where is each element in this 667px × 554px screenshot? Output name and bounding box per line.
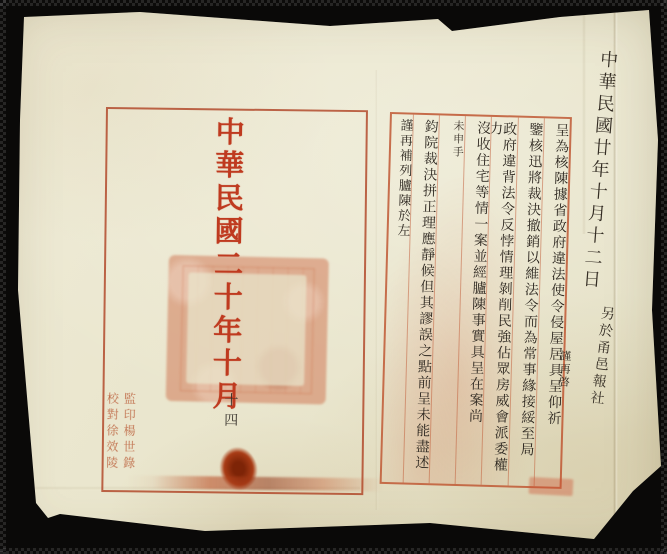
scan-border-top	[0, 0, 667, 6]
ruled-petition-block: 呈為核陳據省政府違法使令侵屋居具呈仰祈 鑒核迅將裁決撤銷以維法令而為常事緣接綏至…	[380, 112, 572, 489]
scan-border-left	[0, 0, 6, 554]
red-ink-smear	[127, 475, 383, 491]
official-seal-stamp	[166, 255, 329, 405]
handwritten-date-annotation: 中華民國廿年十月十二日	[578, 49, 617, 312]
handwritten-day-note: 十四	[220, 392, 240, 432]
small-red-stamp	[529, 477, 574, 496]
seal-inner-field	[186, 272, 306, 386]
handwriting-columns: 呈為核陳據省政府違法使令侵屋居具呈仰祈 鑒核迅將裁決撤銷以維法令而為常事緣接綏至…	[382, 114, 570, 487]
red-frame-box: 中華民國二十年十月 十四 監印楊世錄 校對徐效陵	[101, 107, 368, 495]
paper-sheet: 中華民國二十年十月 十四 監印楊世錄 校對徐效陵 呈為核陳據省政府違法使令侵屋居…	[0, 0, 667, 554]
scan-border-bottom	[0, 548, 667, 554]
scan-border-right	[661, 0, 667, 554]
republic-date-imprint: 中華民國二十年十月	[210, 116, 243, 426]
margin-annotation: 謹再啓	[555, 350, 573, 390]
colophon-column-left: 校對徐效陵	[105, 392, 118, 490]
paper-crease	[375, 70, 379, 510]
dispatch-annotation: 另於甬邑報社	[584, 305, 615, 444]
